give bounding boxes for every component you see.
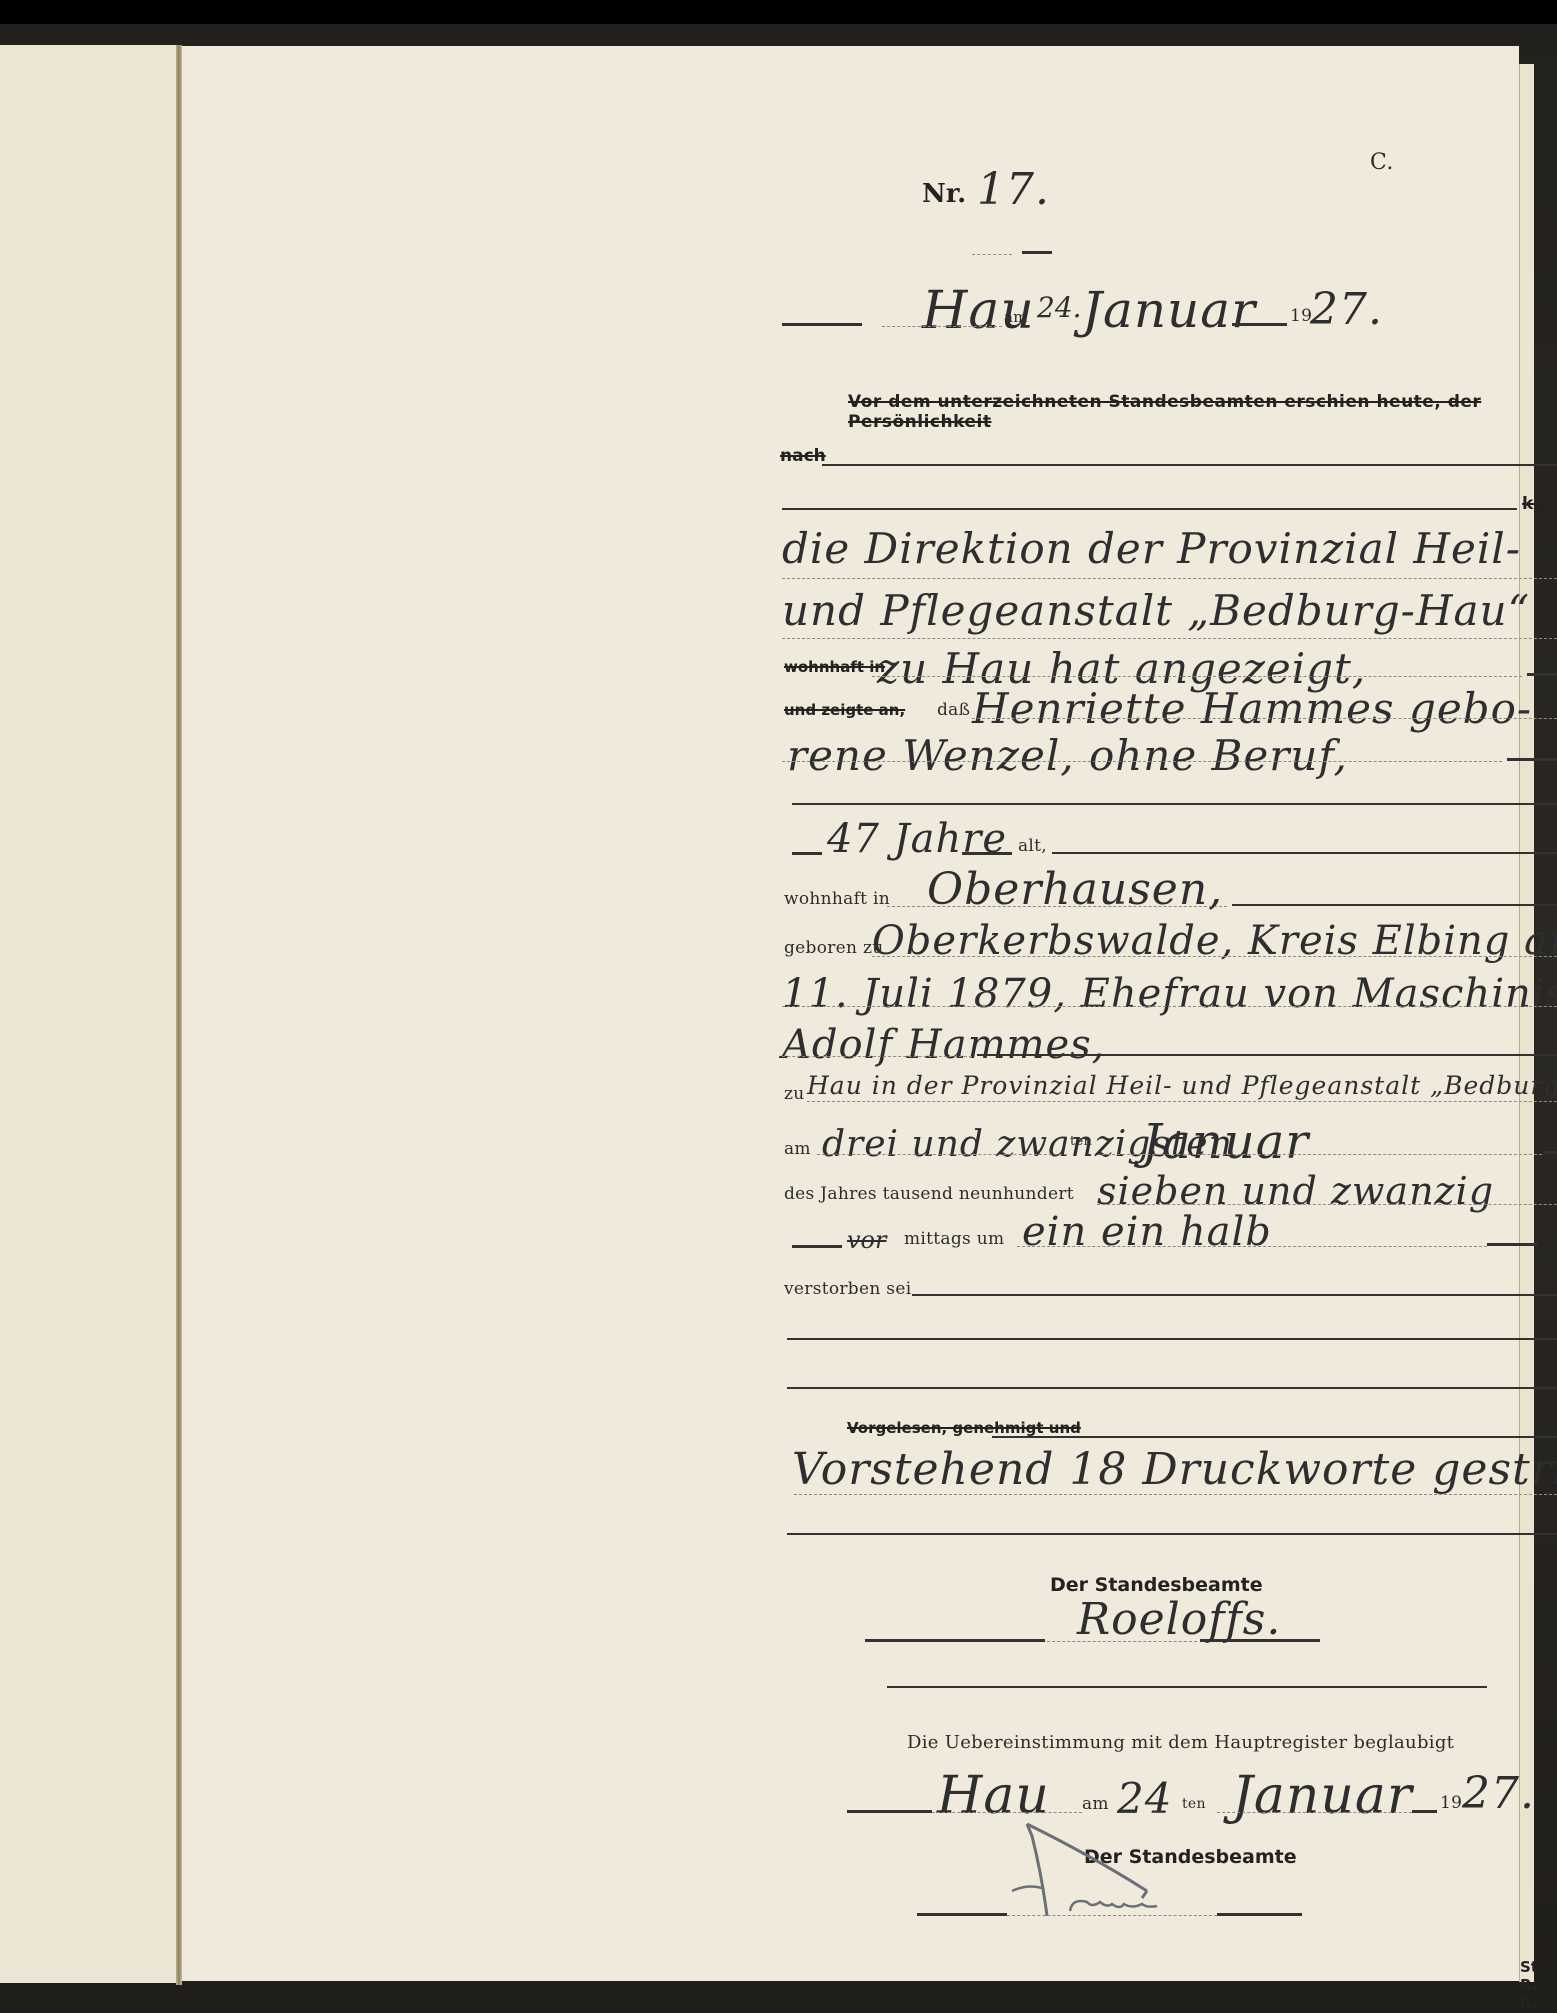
informant-line-2: und Pflegeanstalt „Bedburg-Hau“ (782, 586, 1530, 635)
birth-line-3: Adolf Hammes, (782, 1022, 1105, 1068)
alt-label: alt, (1018, 836, 1047, 856)
verstorben-label: verstorben sei (784, 1279, 911, 1299)
registrar-signature: Roeloffs. (1077, 1594, 1281, 1645)
struck-zeigte-text: und zeigte an, (784, 701, 905, 719)
certification-text: Die Uebereinstimmung mit dem Hauptregist… (907, 1732, 1454, 1753)
death-time: ein ein halb (1022, 1209, 1272, 1255)
struck-intro-text: Vor dem unterzeichneten Standesbeamten e… (848, 392, 1519, 432)
year-label: des Jahres tausend neunhundert (784, 1184, 1074, 1204)
cert-year-prefix: 19 (1440, 1793, 1462, 1813)
death-year: sieben und zwanzig (1097, 1169, 1494, 1213)
date-am-label: am (1004, 308, 1028, 326)
zu-label: zu (784, 1084, 805, 1104)
deceased-residence: Oberhausen, (927, 864, 1223, 915)
death-place: Hau in der Provinzial Heil- und Pflegean… (807, 1071, 1557, 1100)
death-record-form: C. Nr. 17. Hau am 24. Januar 19 27. Vor … (182, 46, 1519, 1981)
am-label: am (784, 1139, 811, 1159)
struck-vorgelesen-text: Vorgelesen, genehmigt und (847, 1419, 1081, 1437)
ten-label: ten (1070, 1134, 1092, 1149)
struck-nach-text: nach (780, 446, 826, 466)
left-page-blank (0, 45, 176, 1983)
page-stack-edge (1519, 64, 1534, 1982)
record-number-label: Nr. (922, 179, 966, 209)
record-date-month: Januar (1082, 281, 1256, 339)
window-title-bar: /Abt_Rheinland/PA_3103/~199/19980/R_PA_3… (0, 0, 1557, 24)
death-month: Januar (1142, 1114, 1309, 1170)
cert-ten-label: ten (1182, 1796, 1206, 1812)
cert-am-label: am (1082, 1794, 1109, 1814)
deceased-name-line-2: rene Wenzel, ohne Beruf, (787, 731, 1348, 780)
birth-line-2: 11. Juli 1879, Ehefrau von Maschinist (782, 971, 1557, 1017)
registrar-label: Der Standesbeamte (1050, 1574, 1263, 1596)
cert-month: Januar (1232, 1766, 1413, 1826)
struck-vor-text: vor (847, 1226, 886, 1254)
struck-kannt-text: kannt, (1522, 494, 1557, 514)
record-number-value: 17. (977, 164, 1050, 215)
dass-label: daß (937, 700, 970, 720)
death-record-page: C. Nr. 17. Hau am 24. Januar 19 27. Vor … (182, 46, 1519, 1981)
cert-year-suffix: 27. (1462, 1768, 1535, 1819)
pencil-signature-icon (972, 1816, 1232, 1946)
year-suffix: 27. (1310, 284, 1383, 335)
informant-line-1: die Direktion der Provinzial Heil- (782, 524, 1521, 573)
year-prefix: 19 (1290, 306, 1312, 326)
birth-line-1: Oberkerbswalde, Kreis Elbing am (872, 918, 1557, 964)
form-code: St.-R.-R. (1520, 1958, 1550, 2012)
geboren-label: geboren zu (784, 938, 884, 958)
deceased-name-line-1: Henriette Hammes gebo- (972, 684, 1532, 733)
strike-note: Vorstehend 18 Druckworte gestrichen. (792, 1444, 1557, 1495)
mittags-label: mittags um (904, 1229, 1004, 1249)
struck-wohnhaft-text: wohnhaft in (784, 658, 885, 676)
wohnhaft-label: wohnhaft in (784, 889, 890, 909)
record-date-day: 24. (1037, 291, 1082, 324)
deceased-age: 47 Jahre (827, 816, 1007, 862)
corner-mark: C. (1370, 150, 1394, 175)
